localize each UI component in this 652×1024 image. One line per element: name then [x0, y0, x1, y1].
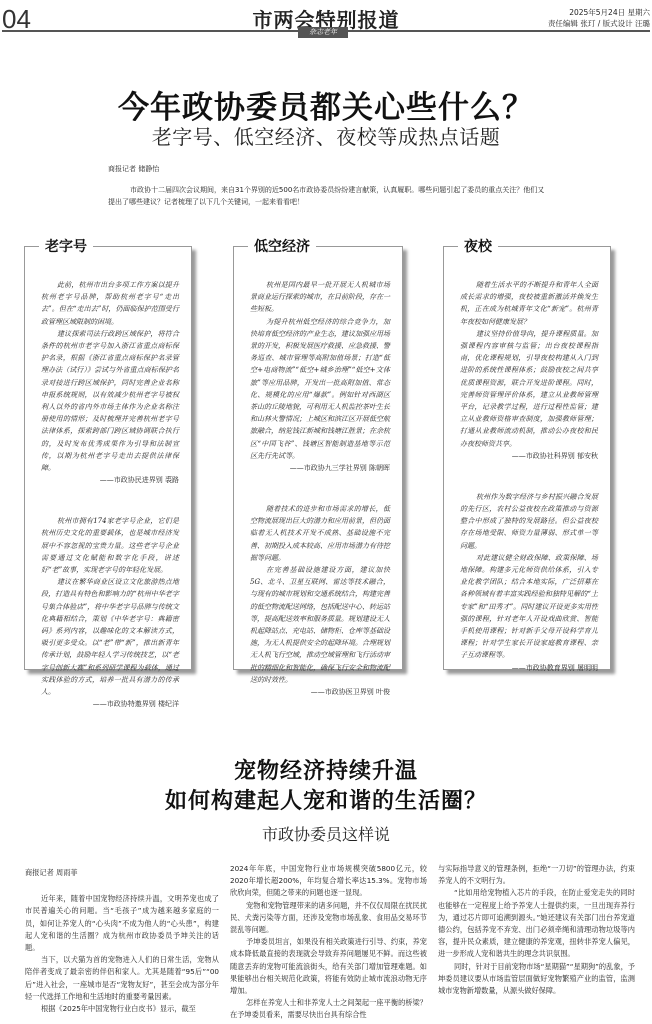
- paragraph: 建议在繁华商业区设立文化旅游热点地段，打造具有特色和影响力的“杭州中华老字号集合…: [41, 576, 179, 698]
- paragraph: 近年来，随着中国宠物经济持续升温，文明养宠也成了市民普遍关心的问题。当“毛孩子”…: [25, 893, 219, 954]
- paragraph: 当下，以犬猫为首的宠物进入人们的日常生活，宠物从陪伴者变成了最亲密的伴侣和家人。…: [25, 954, 219, 1003]
- paragraph: 同时，针对于目前宠物市场“星期猫”“星期狗”的乱象，予坤委员建议要从市场监管层面…: [438, 961, 635, 998]
- signature: ——市政协九三学社界别 陈朝晖: [250, 462, 390, 475]
- topic-body: 此前，杭州市出台多项工作方案以提升杭州老字号品牌，帮助杭州老字号“走出去”。但在…: [41, 279, 179, 739]
- paragraph: 2024年年底，中国宠物行业市场规模突破5800亿元，较2020年增长超200%…: [230, 863, 427, 900]
- article2-column-2: 2024年年底，中国宠物行业市场规模突破5800亿元，较2020年增长超200%…: [230, 863, 427, 1022]
- issue-date: 2025年5月24日 星期六: [548, 7, 650, 18]
- article2-column-3: 与实际指导意义的管理条例，拒绝“一刀切”的管理办法，约束养宠人的不文明行为。 “…: [438, 863, 635, 997]
- paragraph: 对此建议健全财政保障、政策保障、场地保障。构建多元化师资供给体系，引入专业化教学…: [460, 552, 598, 662]
- topic-box-low-altitude: 低空经济 杭州是国内最早一批开展无人机城市场景商业运行探索的城市，在目前阶段，存…: [233, 246, 403, 670]
- paragraph: 随着技术的进步和市场需求的增长，低空物流展现出巨大的潜力和应用前景，但仍面临着无…: [250, 503, 390, 564]
- paragraph: 宠物和宠物管理带来的诸多问题，并不仅仅局限在扰民扰民、犬粪污染等方面，还涉及宠物…: [230, 900, 427, 937]
- paragraph: 杭州作为数字经济与乡村振兴融合发展的先行区，农村公益夜校在政策推动与资源整合中形…: [460, 491, 598, 552]
- signature: ——市政协社科界别 郁安秋: [460, 450, 598, 463]
- paragraph: 为提升杭州低空经济的综合竞争力，加快培育低空经济的产业生态，建议加强应用场景的开…: [250, 316, 390, 462]
- masthead: 04 市两会特别报道 2025年5月24日 星期六 责任编辑 张玎 / 版式设计…: [0, 0, 652, 44]
- brand-logo: 杂志老年: [298, 27, 348, 38]
- paragraph: 建议坚持价值导向，提升课程质量。加强课程内容审核与监管；出台夜校课程指南，优化课…: [460, 328, 598, 450]
- article1-byline: 商报记者 储静怡: [108, 164, 159, 174]
- paragraph: 根据《2025年中国宠物行业白皮书》显示，截至: [25, 1003, 219, 1015]
- paragraph: 杭州是国内最早一批开展无人机城市场景商业运行探索的城市，在目前阶段，存在一些短板…: [250, 279, 390, 316]
- article1-lead: 市政协十二届四次会议期间，来自31个界别的近500名市政协委员纷纷建言献策，认真…: [108, 184, 548, 208]
- paragraph: 在完善基础设施建设方面，建议加快5G、北斗、卫星互联网、雷达等技术融合，与现有的…: [250, 564, 390, 686]
- paragraph: 建议探索司法行政跨区域保护，将符合条件的杭州市老字号加入浙江省重点商标保护名录，…: [41, 328, 179, 474]
- paragraph: 杭州市拥有174家老字号企业，它们是杭州历史文化的重要载体，也是城市经济发展中不…: [41, 515, 179, 576]
- topic-label: 老字号: [39, 236, 93, 256]
- topic-box-laozihao: 老字号 此前，杭州市出台多项工作方案以提升杭州老字号品牌，帮助杭州老字号“走出去…: [24, 246, 192, 670]
- article2-headline-line2: 如何构建起人宠和谐的生活圈？: [0, 784, 652, 815]
- topic-body: 杭州是国内最早一批开展无人机城市场景商业运行探索的城市，在目前阶段，存在一些短板…: [250, 279, 390, 727]
- paragraph: 予坤委员坦言，如果没有相关政策进行引导、约束，养宠成本降低最直接的表现就会导致弃…: [230, 936, 427, 997]
- topic-box-night-school: 夜校 随着生活水平的不断提升和青年人全面成长需求的增强，夜校被重新激活并焕发生机…: [443, 246, 611, 670]
- article2-byline: 商报记者 周雨菲: [25, 867, 219, 879]
- paragraph: 随着生活水平的不断提升和青年人全面成长需求的增强，夜校被重新激活并焕发生机，正在…: [460, 279, 598, 328]
- paragraph: 与实际指导意义的管理条例，拒绝“一刀切”的管理办法，约束养宠人的不文明行为。: [438, 863, 635, 887]
- signature: ——市政协特邀界别 楼纪洋: [41, 698, 179, 711]
- article2-headline-line1: 宠物经济持续升温: [0, 754, 652, 785]
- signature: ——市政协民进界别 裘路: [41, 474, 179, 487]
- topic-label: 夜校: [458, 236, 498, 256]
- topic-body: 随着生活水平的不断提升和青年人全面成长需求的增强，夜校被重新激活并焕发生机，正在…: [460, 279, 598, 703]
- article2-column-1: 商报记者 周雨菲 近年来，随着中国宠物经济持续升温，文明养宠也成了市民普遍关心的…: [25, 867, 219, 1015]
- paragraph: 怎样在养宠人士和非养宠人士之间架起一座平衡的桥梁？在予坤委员看来，需要尽快出台具…: [230, 997, 427, 1021]
- signature: ——市政协医卫界别 叶俊: [250, 686, 390, 699]
- signature: ——市政协教育界别 屠明明: [460, 662, 598, 675]
- topic-label: 低空经济: [248, 236, 316, 256]
- article2-subheadline: 市政协委员这样说: [0, 822, 652, 845]
- article1-subheadline: 老字号、低空经济、夜校等成热点话题: [0, 121, 652, 150]
- paragraph: 此前，杭州市出台多项工作方案以提升杭州老字号品牌，帮助杭州老字号“走出去”。但在…: [41, 279, 179, 328]
- editor-credits: 责任编辑 张玎 / 版式设计 汪璐: [548, 18, 650, 29]
- paragraph: “比如用给宠物植入芯片的手段，在防止爱宠走失的同时也能够在一定程度上给予养宠人士…: [438, 887, 635, 960]
- issue-meta: 2025年5月24日 星期六 责任编辑 张玎 / 版式设计 汪璐: [548, 7, 650, 29]
